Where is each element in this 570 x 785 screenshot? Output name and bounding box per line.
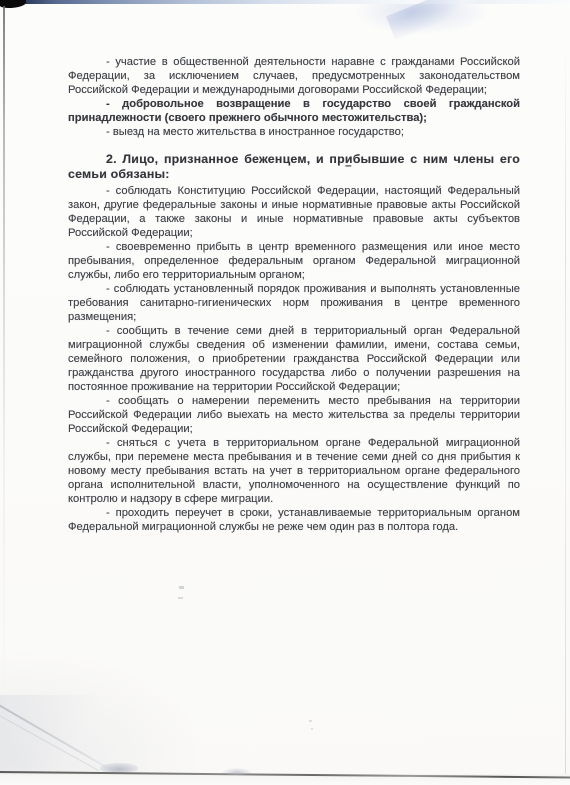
scanned-page: – - участие в общественной деятельности … (0, 0, 570, 785)
doc-paragraph: - сообщать о намерении переменить место … (68, 394, 520, 436)
paper-left-edge-artifact (3, 6, 5, 706)
doc-paragraph: - своевременно прибыть в центр временног… (68, 240, 520, 282)
doc-paragraph: - добровольное возвращение в государство… (68, 97, 520, 125)
scan-smudge-artifact (386, 0, 468, 41)
section-heading: 2. Лицо, признанное беженцем, и прибывши… (68, 152, 520, 182)
scan-speck (309, 720, 312, 722)
paper-right-edge-artifact (565, 40, 566, 785)
doc-paragraph: - сообщить в течение семи дней в террито… (68, 324, 520, 394)
paper-edge-blob (222, 768, 252, 775)
doc-paragraph: - проходить переучет в сроки, устанавлив… (68, 506, 520, 534)
document-text: - участие в общественной деятельности на… (68, 55, 520, 534)
scanner-top-edge-artifact (0, 0, 570, 4)
doc-paragraph: - участие в общественной деятельности на… (68, 55, 520, 97)
paper-edge-blob (100, 763, 138, 772)
doc-paragraph: - сняться с учета в территориальном орга… (68, 436, 520, 506)
scan-speck (178, 597, 183, 599)
scan-speck (311, 728, 313, 730)
doc-paragraph: - соблюдать установленный порядок прожив… (68, 282, 520, 324)
scan-speck (179, 586, 184, 589)
doc-paragraph: - соблюдать Конституцию Российской Федер… (68, 184, 520, 240)
doc-paragraph: - выезд на место жительства в иностранно… (68, 125, 520, 139)
